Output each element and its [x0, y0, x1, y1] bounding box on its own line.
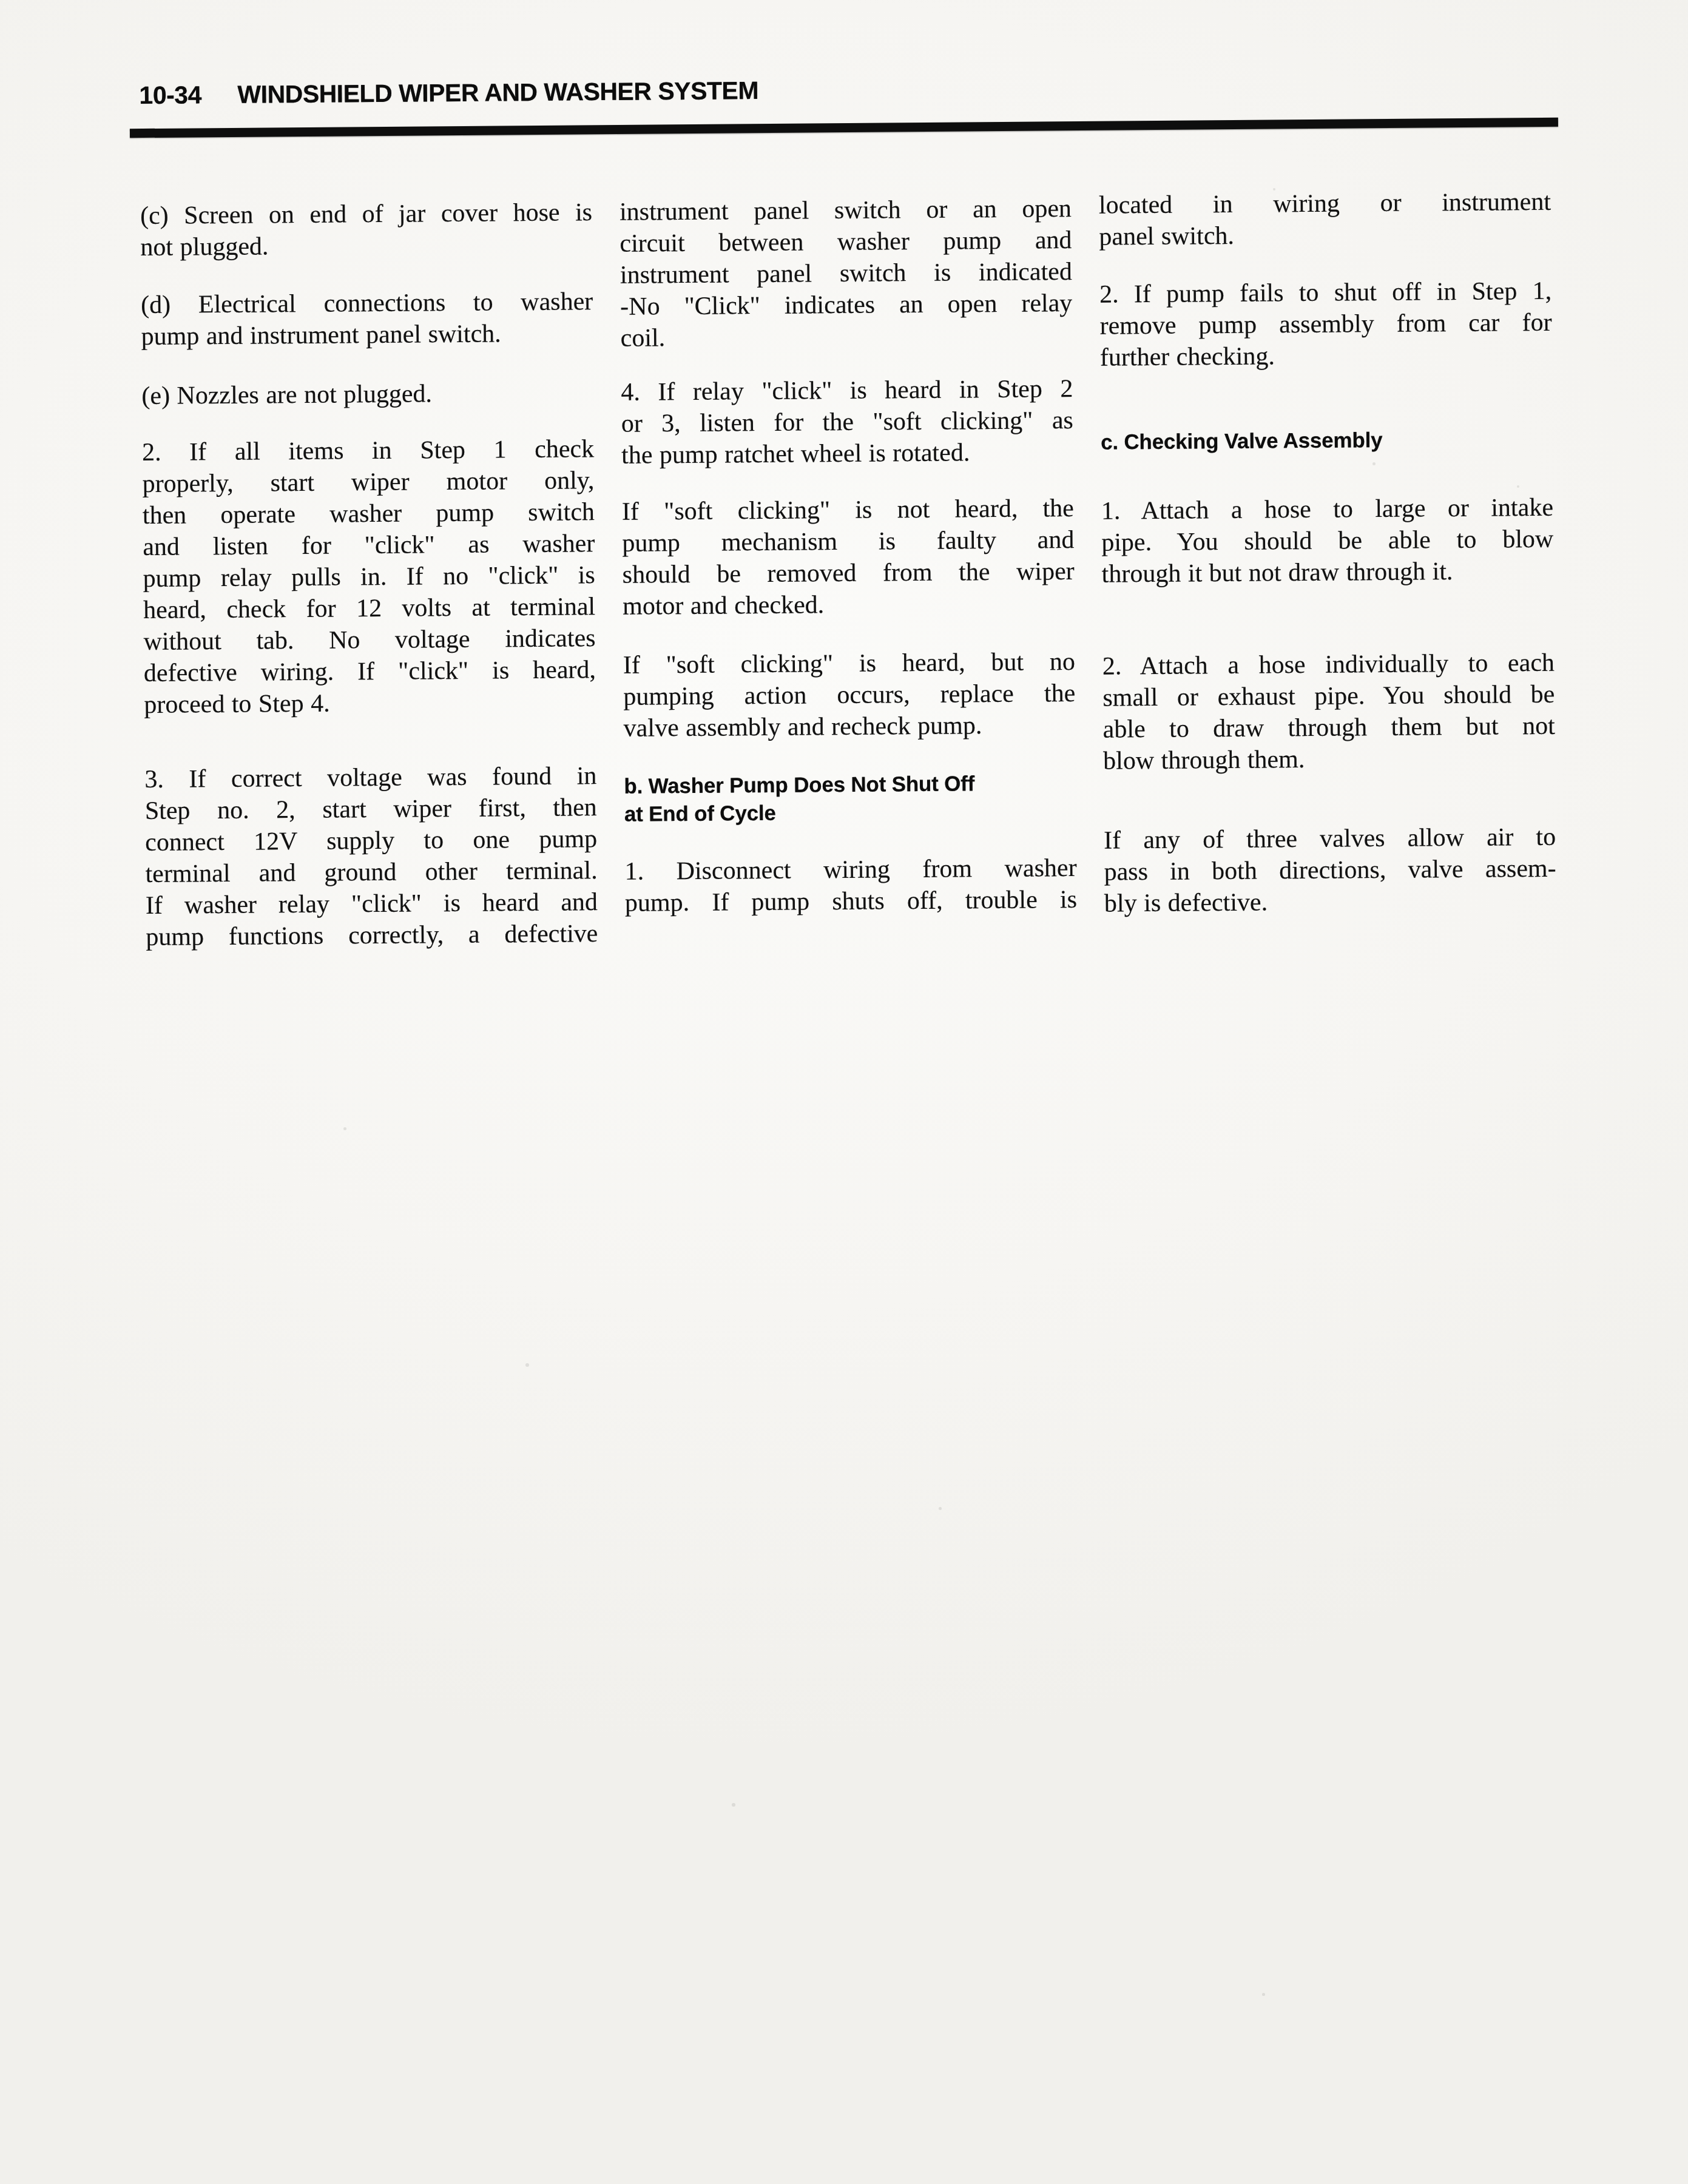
text-line: -No "Click" indicates an open relay: [620, 288, 1072, 323]
text-line: the pump ratchet wheel is rotated.: [621, 436, 1073, 471]
paragraph: 4. If relay "click" is heard in Step 2or…: [621, 373, 1073, 471]
text-line: terminal and ground other terminal.: [145, 855, 597, 890]
scan-speck: [1517, 485, 1519, 488]
scan-speck: [1273, 188, 1275, 190]
text-line: pass in both directions, valve assem-: [1104, 853, 1556, 888]
text-line: blow through them.: [1103, 742, 1555, 777]
scan-speck: [869, 207, 872, 211]
text-line: If "soft clicking" is heard, but no: [623, 646, 1075, 681]
text-line: properly, start wiper motor only,: [142, 465, 594, 500]
manual-page: 10-34 WINDSHIELD WIPER AND WASHER SYSTEM…: [0, 0, 1688, 2184]
scan-speck: [939, 1507, 942, 1510]
text-line: without tab. No voltage indicates: [143, 622, 595, 658]
text-line: valve assembly and recheck pump.: [624, 709, 1076, 744]
text-line: or 3, listen for the "soft clicking" as: [621, 405, 1073, 440]
text-line: located in wiring or instrument: [1099, 186, 1551, 221]
section-heading: b. Washer Pump Does Not Shut Offat End o…: [624, 769, 1076, 829]
section-heading: c. Checking Valve Assembly: [1101, 425, 1553, 457]
text-line: 1. Attach a hose to large or intake: [1101, 492, 1553, 527]
text-column-2: instrument panel switch or an opencircui…: [619, 175, 1078, 919]
scan-speck: [1372, 462, 1376, 465]
paragraph: 3. If correct voltage was found inStep n…: [144, 760, 598, 953]
text-line: bly is defective.: [1104, 885, 1556, 920]
scan-speck: [1262, 1993, 1265, 1996]
text-line: If any of three valves allow air to: [1104, 821, 1556, 857]
text-line: coil.: [620, 319, 1072, 354]
paragraph: 2. If pump fails to shut off in Step 1,r…: [1099, 275, 1552, 374]
paragraph: If any of three valves allow air topass …: [1104, 821, 1556, 920]
scan-tilt-wrapper: 10-34 WINDSHIELD WIPER AND WASHER SYSTEM…: [0, 0, 1688, 2184]
text-line: through it but not draw through it.: [1102, 555, 1554, 590]
text-line: Step no. 2, start wiper first, then: [145, 792, 597, 827]
text-line: heard, check for 12 volts at terminal: [143, 591, 595, 626]
text-line: 2. If pump fails to shut off in Step 1,: [1099, 275, 1551, 311]
text-line: should be removed from the wiper: [623, 556, 1075, 591]
text-line: 2. If all items in Step 1 check: [142, 433, 594, 468]
text-line: at End of Cycle: [624, 797, 1076, 829]
text-line: If washer relay "click" is heard and: [146, 886, 598, 922]
paragraph: 1. Attach a hose to large or intakepipe.…: [1101, 492, 1554, 590]
text-line: not plugged.: [140, 228, 592, 263]
text-line: small or exhaust pipe. You should be: [1102, 679, 1555, 714]
text-line: able to draw through them but not: [1103, 710, 1555, 746]
text-line: 4. If relay "click" is heard in Step 2: [621, 373, 1073, 408]
paragraph: (e) Nozzles are not plugged.: [141, 377, 593, 412]
text-line: pump functions correctly, a defective: [146, 918, 598, 953]
text-line: and listen for "click" as washer: [143, 528, 595, 563]
text-line: If "soft clicking" is not heard, the: [622, 493, 1074, 528]
text-line: (d) Electrical connections to washer: [141, 286, 593, 321]
text-line: proceed to Step 4.: [144, 686, 596, 721]
paragraph: If "soft clicking" is not heard, thepump…: [622, 493, 1075, 622]
text-line: 3. If correct voltage was found in: [144, 760, 596, 795]
text-line: pipe. You should be able to blow: [1101, 524, 1553, 559]
paragraph: instrument panel switch or an opencircui…: [619, 193, 1073, 354]
text-line: 1. Disconnect wiring from washer: [624, 852, 1076, 888]
text-line: pump and instrument panel switch.: [141, 317, 593, 352]
text-line: b. Washer Pump Does Not Shut Off: [624, 769, 1076, 801]
text-line: then operate washer pump switch: [143, 496, 595, 531]
text-line: pump mechanism is faulty and: [622, 524, 1074, 559]
text-line: motor and checked.: [623, 587, 1075, 622]
text-line: c. Checking Valve Assembly: [1101, 425, 1553, 457]
page-title: WINDSHIELD WIPER AND WASHER SYSTEM: [237, 76, 758, 109]
text-line: (e) Nozzles are not plugged.: [141, 377, 593, 412]
text-line: instrument panel switch or an open: [619, 193, 1072, 228]
paragraph: 1. Disconnect wiring from washerpump. If…: [624, 852, 1077, 919]
header-rule: [130, 118, 1558, 138]
paragraph: 2. Attach a hose individually to eachsma…: [1102, 647, 1556, 777]
text-line: (c) Screen on end of jar cover hose is: [140, 197, 592, 232]
page-number: 10-34: [139, 81, 201, 110]
text-line: circuit between washer pump and: [619, 224, 1072, 260]
scan-speck: [343, 1127, 346, 1130]
text-line: connect 12V supply to one pump: [145, 823, 597, 858]
paragraph: 2. If all items in Step 1 checkproperly,…: [142, 433, 596, 721]
text-line: pump. If pump shuts off, trouble is: [625, 884, 1077, 919]
text-line: panel switch.: [1099, 218, 1551, 253]
text-line: instrument panel switch is indicated: [620, 256, 1072, 291]
paragraph: (d) Electrical connections to washerpump…: [141, 286, 593, 352]
text-line: 2. Attach a hose individually to each: [1102, 647, 1555, 682]
text-column-3: located in wiring or instrumentpanel swi…: [1099, 171, 1557, 920]
text-line: pump relay pulls in. If no "click" is: [143, 559, 595, 595]
text-line: further checking.: [1100, 339, 1552, 374]
text-column-1: (c) Screen on end of jar cover hose isno…: [140, 178, 598, 953]
text-line: remove pump assembly from car for: [1099, 307, 1551, 342]
paragraph: If "soft clicking" is heard, but nopumpi…: [623, 646, 1076, 744]
text-line: pumping action occurs, replace the: [623, 678, 1075, 713]
text-line: defective wiring. If "click" is heard,: [144, 654, 596, 689]
paragraph: located in wiring or instrumentpanel swi…: [1099, 186, 1551, 253]
scan-speck: [732, 1803, 735, 1807]
scan-speck: [525, 1363, 529, 1367]
paragraph: (c) Screen on end of jar cover hose isno…: [140, 197, 593, 263]
